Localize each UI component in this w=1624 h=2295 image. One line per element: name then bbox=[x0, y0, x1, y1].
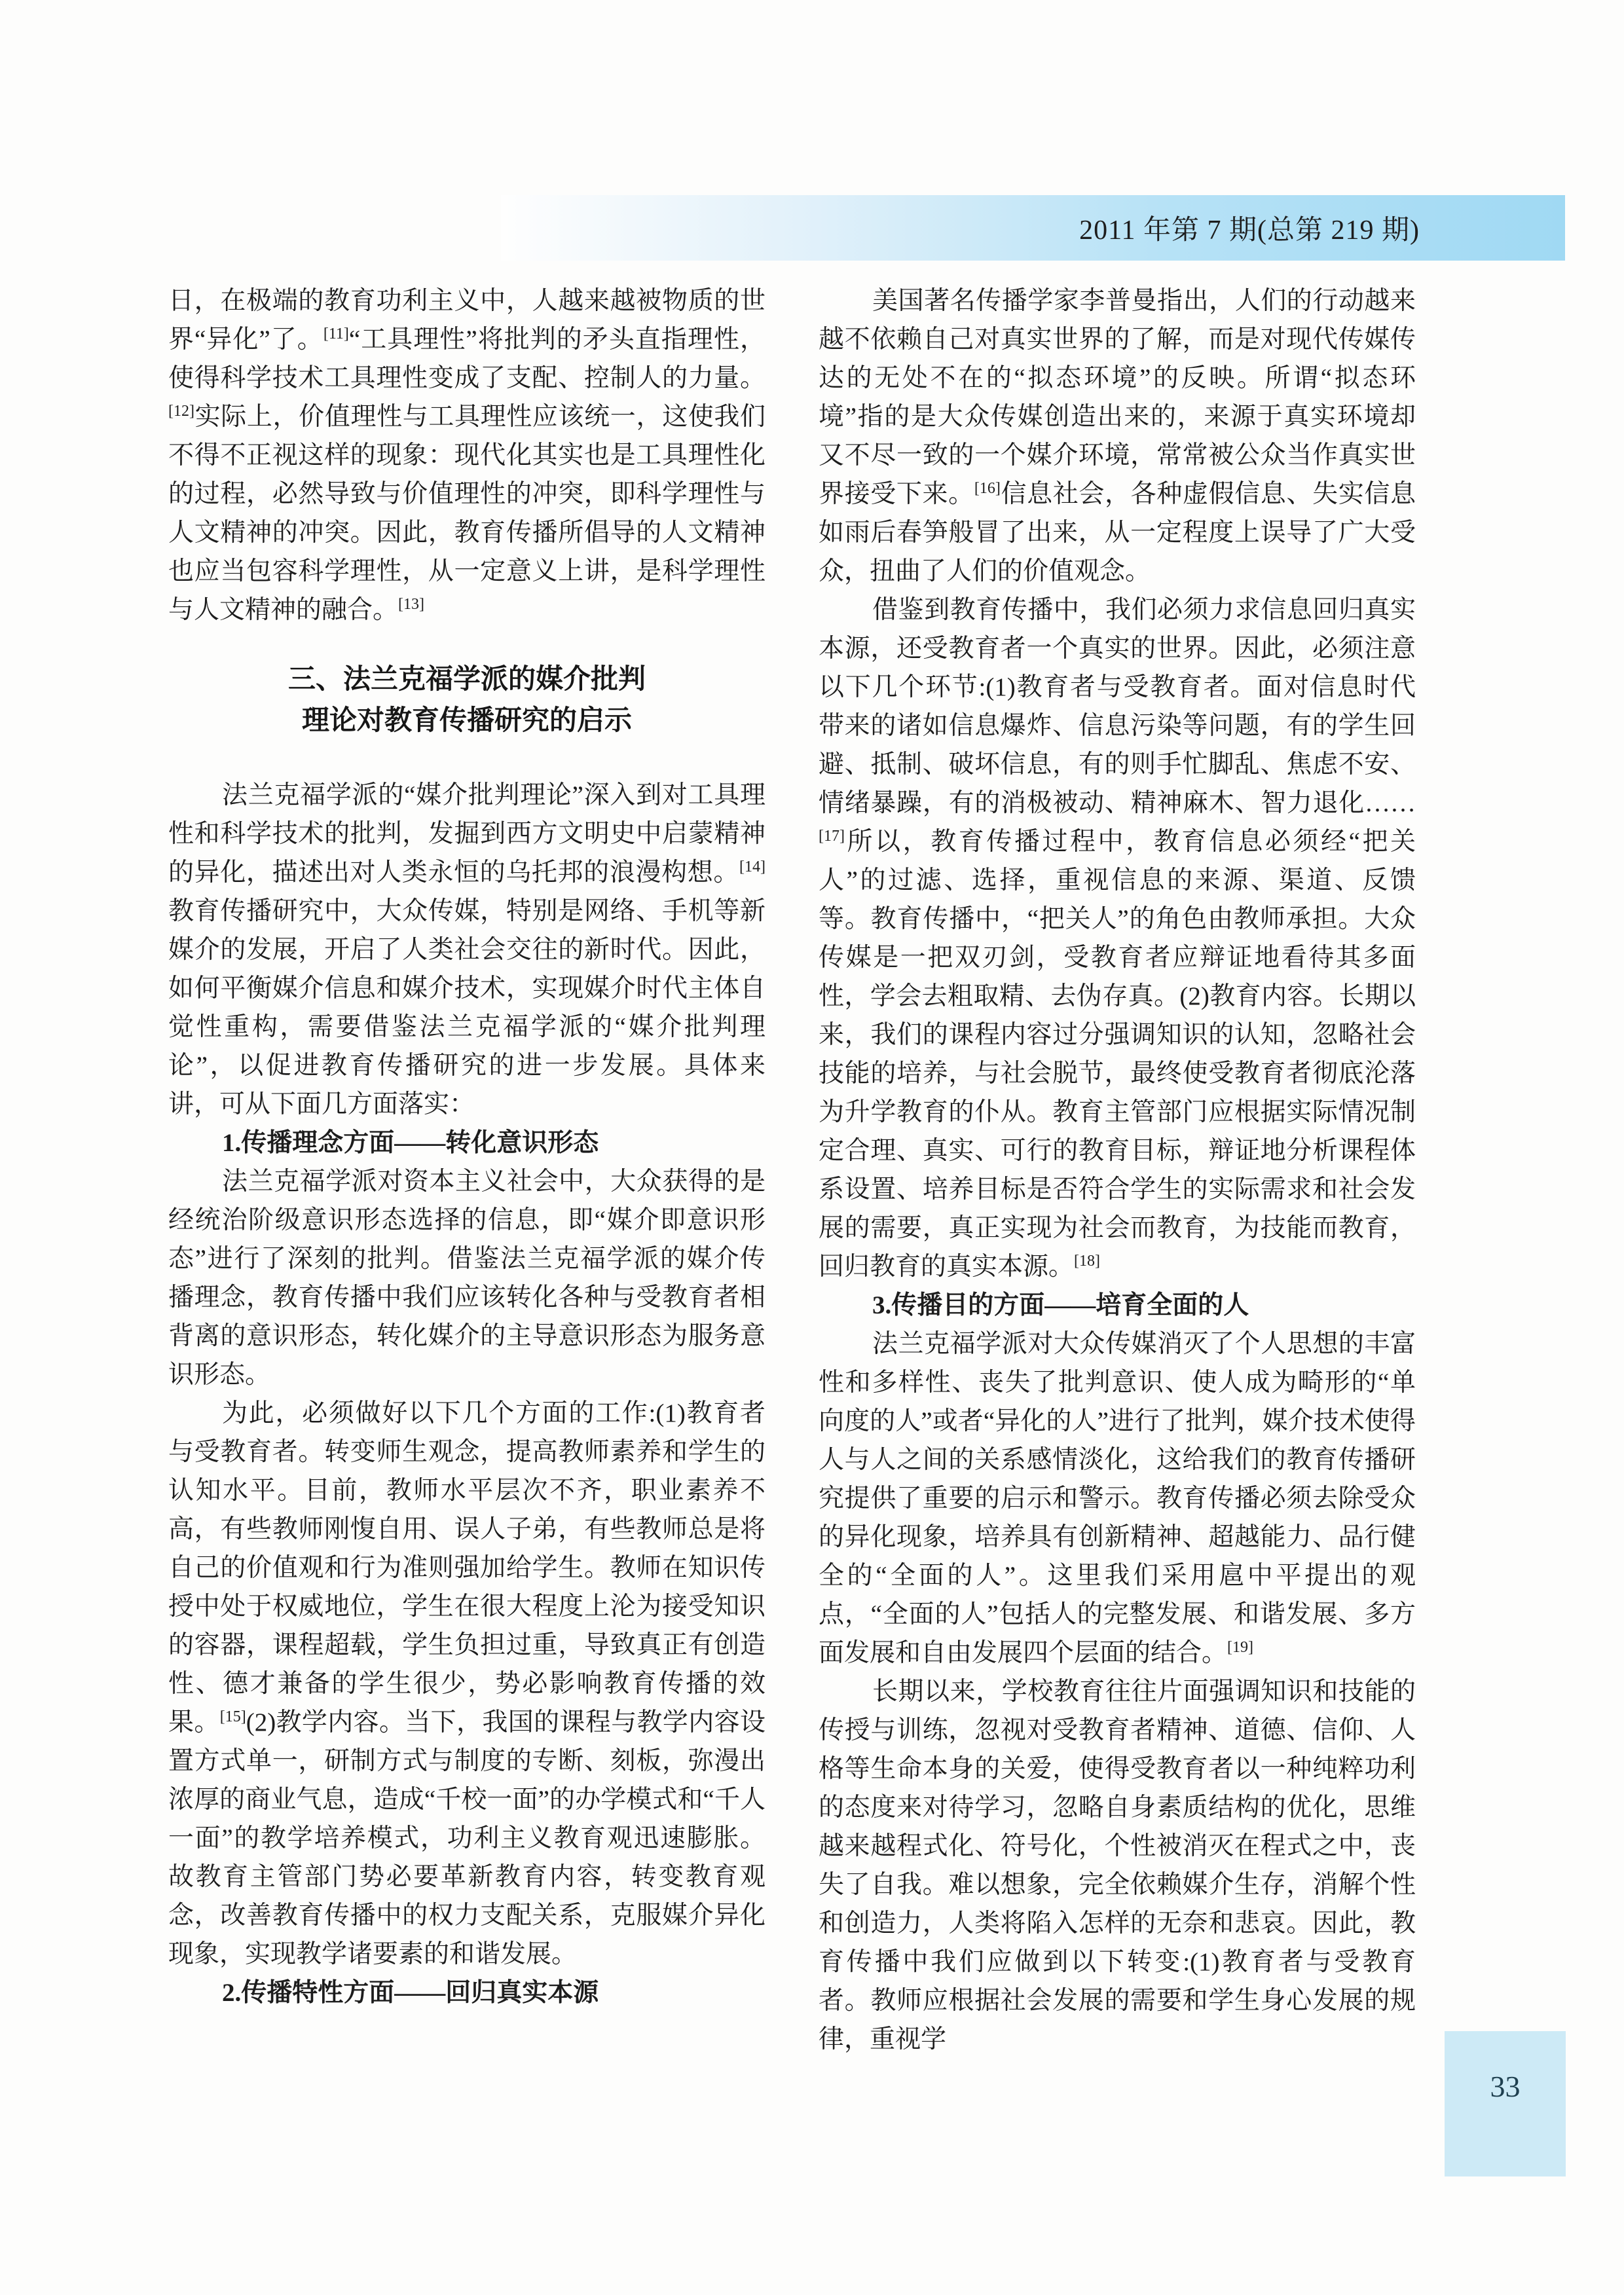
body-paragraph: 为此，必须做好以下几个方面的工作:(1)教育者与受教育者。转变师生观念，提高教师… bbox=[168, 1394, 766, 1974]
citation-ref: [15] bbox=[220, 1708, 246, 1725]
page: { "header": { "issue": "2011 年第 7 期(总第 2… bbox=[0, 0, 1624, 2295]
subsection-heading: 1.传播理念方面——转化意识形态 bbox=[168, 1124, 766, 1162]
body-paragraph: 日，在极端的教育功利主义中，人越来越被物质的世界“异化”了。[11]“工具理性”… bbox=[168, 282, 766, 629]
body-paragraph: 法兰克福学派的“媒介批判理论”深入到对工具理性和科学技术的批判，发掘到西方文明史… bbox=[168, 776, 766, 1124]
citation-ref: [12] bbox=[168, 403, 194, 420]
page-number: 33 bbox=[1490, 2069, 1521, 2176]
body-paragraph: 借鉴到教育传播中，我们必须力求信息回归真实本源，还受教育者一个真实的世界。因此，… bbox=[819, 591, 1416, 1286]
citation-ref: [13] bbox=[398, 596, 424, 613]
citation-ref: [17] bbox=[819, 828, 845, 845]
body-paragraph: 法兰克福学派对资本主义社会中，大众获得的是经统治阶级意识形态选择的信息，即“媒介… bbox=[168, 1162, 766, 1394]
body-paragraph: 长期以来，学校教育往往片面强调知识和技能的传授与训练，忽视对受教育者精神、道德、… bbox=[819, 1672, 1416, 2059]
section-heading-line: 三、法兰克福学派的媒介批判 bbox=[168, 659, 766, 701]
page-number-box: 33 bbox=[1445, 2031, 1566, 2176]
citation-ref: [18] bbox=[1074, 1253, 1100, 1270]
citation-ref: [14] bbox=[739, 858, 766, 875]
body-paragraph: 美国著名传播学家李普曼指出，人们的行动越来越不依赖自己对真实世界的了解，而是对现… bbox=[819, 282, 1416, 591]
body-paragraph: 法兰克福学派对大众传媒消灭了个人思想的丰富性和多样性、丧失了批判意识、使人成为畸… bbox=[819, 1325, 1416, 1672]
subsection-heading: 3.传播目的方面——培育全面的人 bbox=[819, 1286, 1416, 1325]
issue-label: 2011 年第 7 期(总第 219 期) bbox=[1079, 208, 1420, 248]
section-heading: 三、法兰克福学派的媒介批判理论对教育传播研究的启示 bbox=[168, 659, 766, 742]
left-column: 日，在极端的教育功利主义中，人越来越被物质的世界“异化”了。[11]“工具理性”… bbox=[168, 282, 766, 2012]
issue-header-band: 2011 年第 7 期(总第 219 期) bbox=[501, 195, 1565, 261]
citation-ref: [19] bbox=[1227, 1639, 1253, 1656]
subsection-heading: 2.传播特性方面——回归真实本源 bbox=[168, 1974, 766, 2012]
right-column: 美国著名传播学家李普曼指出，人们的行动越来越不依赖自己对真实世界的了解，而是对现… bbox=[819, 282, 1416, 2059]
citation-ref: [11] bbox=[323, 325, 349, 342]
section-heading-line: 理论对教育传播研究的启示 bbox=[168, 701, 766, 742]
citation-ref: [16] bbox=[974, 480, 1001, 497]
